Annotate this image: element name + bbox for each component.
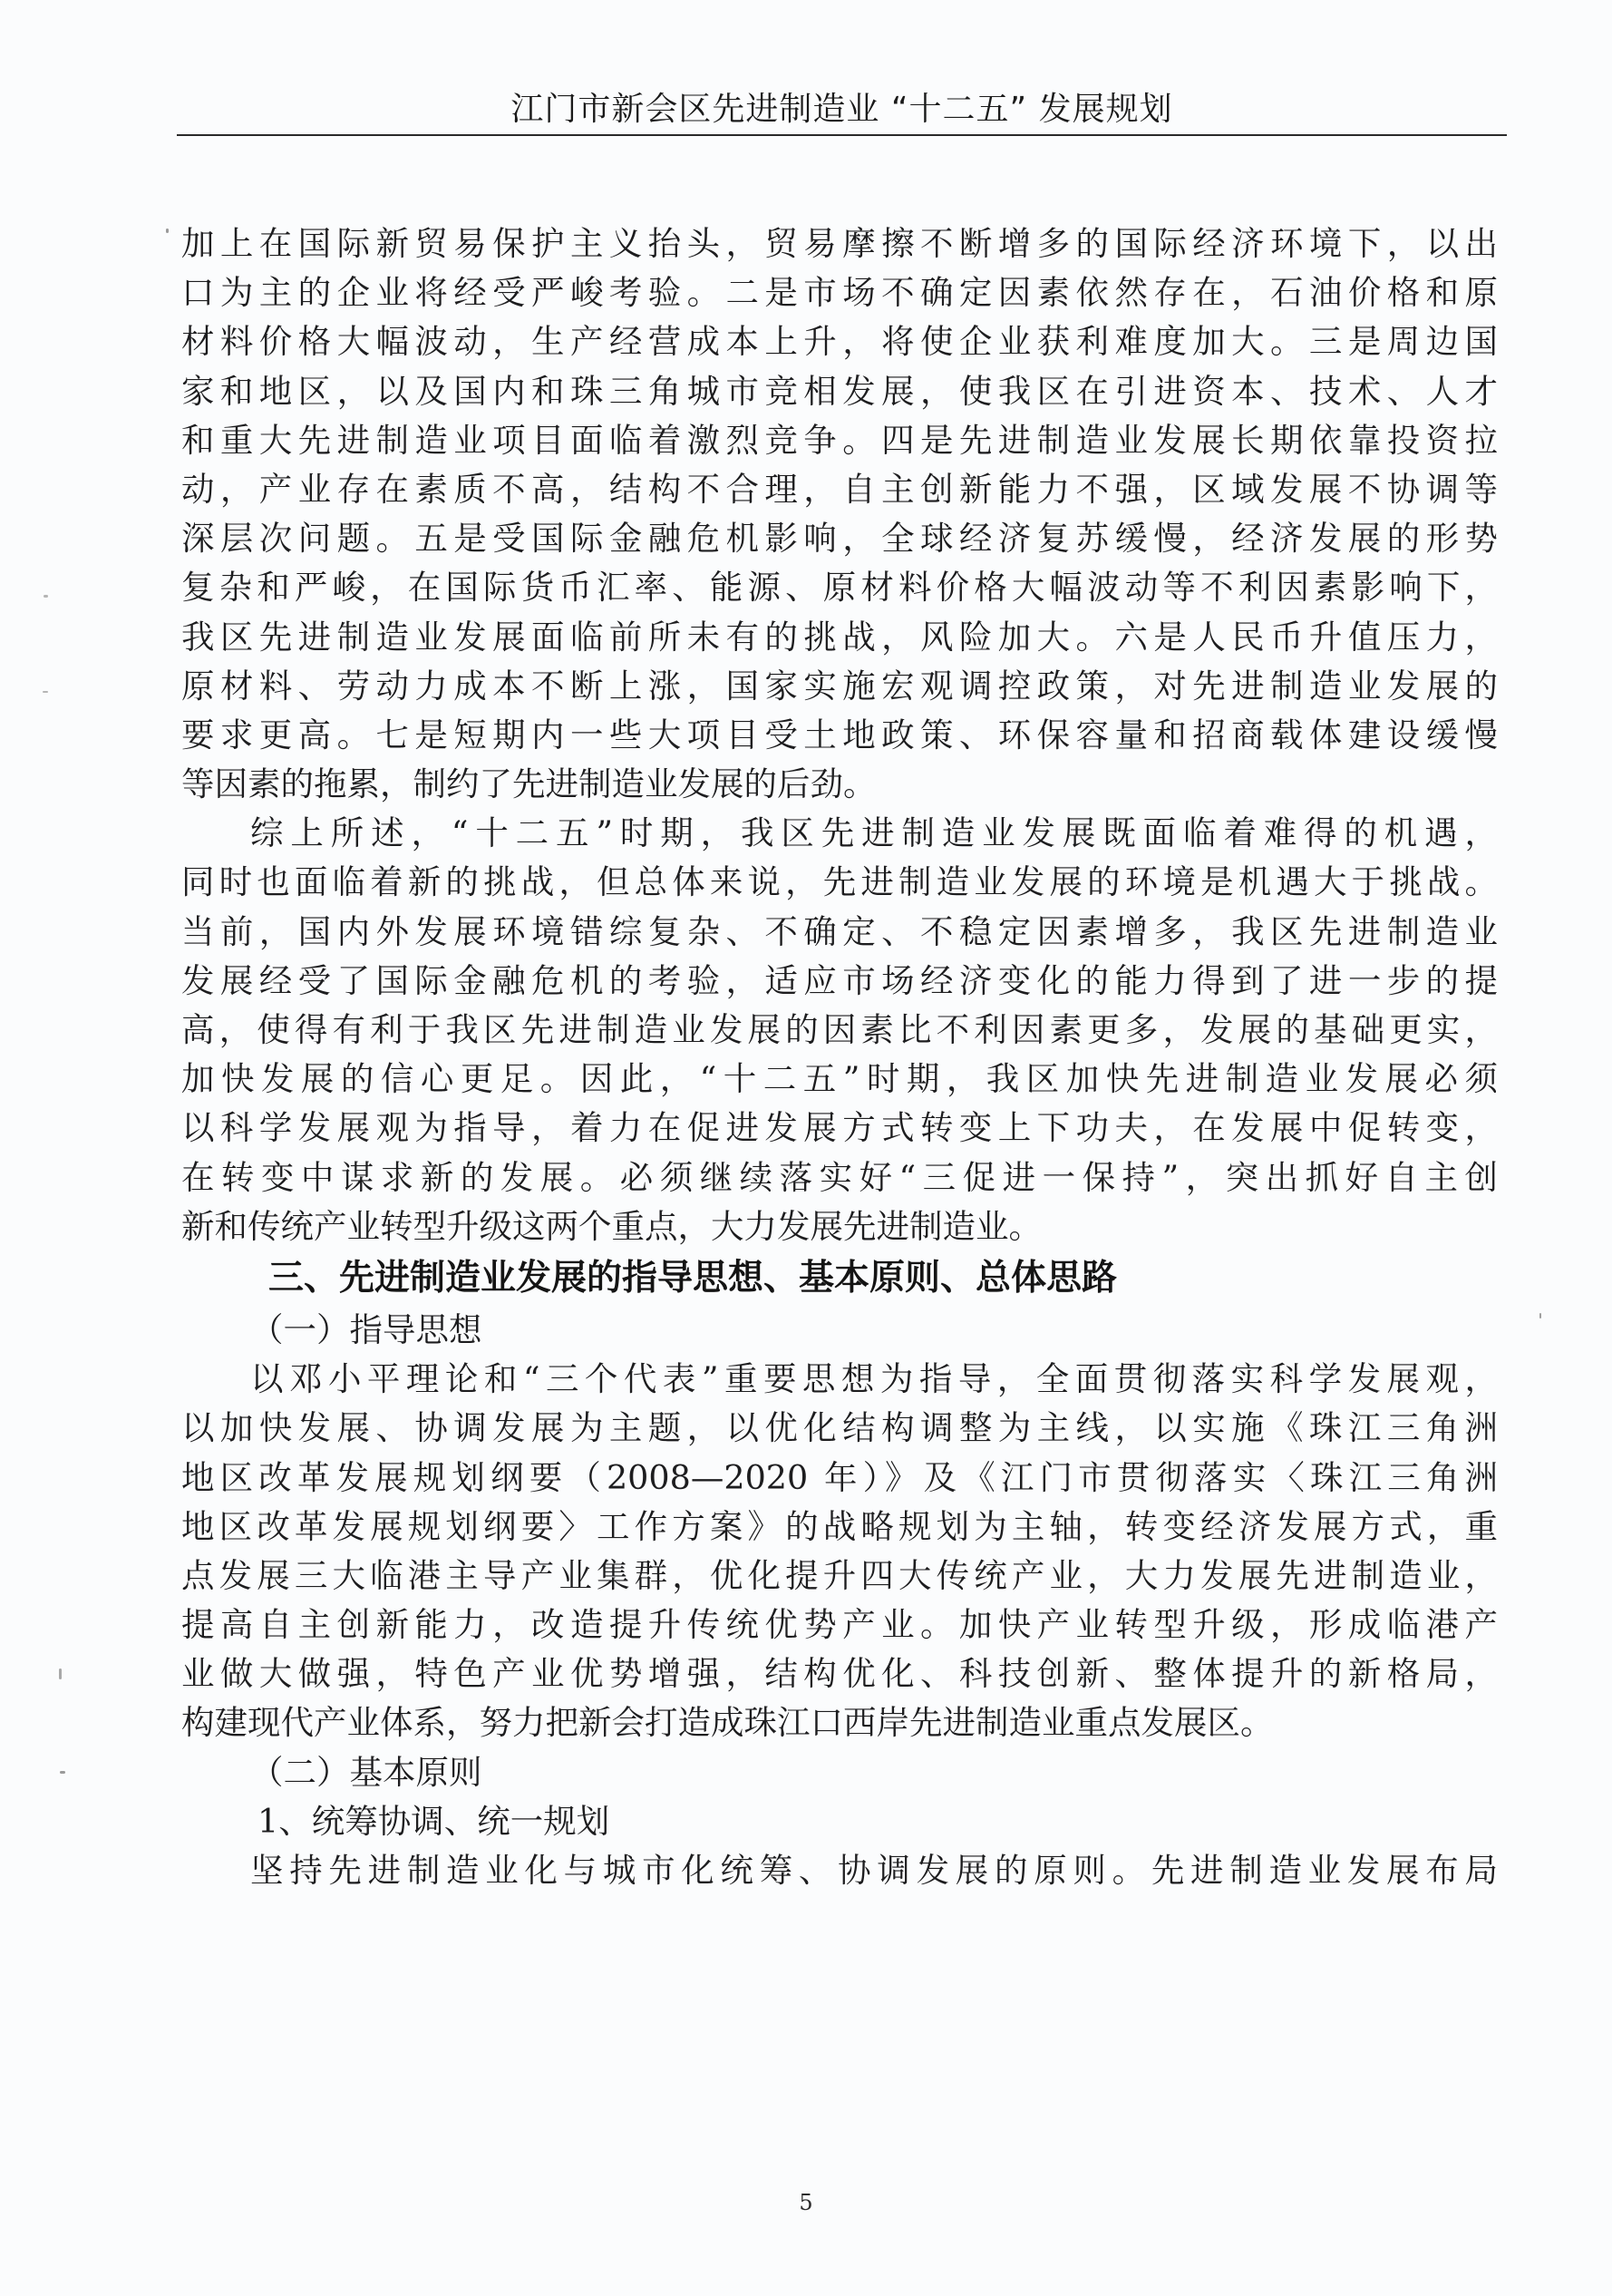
scan-speck: [1539, 1313, 1541, 1318]
text-line: 等因素的拖累，制约了先进制造业发展的后劲。: [181, 760, 1498, 809]
subsection-heading-guiding-ideology: （一）指导思想: [181, 1306, 1498, 1355]
text-line: 动，产业存在素质不高，结构不合理，自主创新能力不强，区域发展不协调等: [181, 465, 1498, 514]
running-header-title: 江门市新会区先进制造业 “十二五” 发展规划: [177, 83, 1507, 130]
text-line: 业做大做强，特色产业优势增强，结构优化、科技创新、整体提升的新格局，: [181, 1649, 1498, 1698]
text-line: 当前，国内外发展环境错综复杂、不确定、不稳定因素增多，我区先进制造业: [181, 908, 1498, 957]
text-line: 高，使得有利于我区先进制造业发展的因素比不利因素更多，发展的基础更实，: [181, 1006, 1498, 1055]
document-page: 江门市新会区先进制造业 “十二五” 发展规划 加上在国际新贸易保护主义抬头，贸易…: [0, 0, 1612, 2296]
text-line: 以科学发展观为指导，着力在促进发展方式转变上下功夫，在发展中促转变，: [181, 1104, 1498, 1153]
text-line: 地区改革发展规划纲要〉工作方案》的战略规划为主轴，转变经济发展方式，重: [181, 1503, 1498, 1552]
text-line: 要求更高。七是短期内一些大项目受土地政策、环保容量和招商载体建设缓慢: [181, 711, 1498, 760]
paragraph-guiding-ideology: 以邓小平理论和“三个代表”重要思想为指导，全面贯彻落实科学发展观， 以加快发展、…: [181, 1355, 1498, 1748]
text-line: 口为主的企业将经受严峻考验。二是市场不确定因素依然存在，石油价格和原: [181, 268, 1498, 317]
text-line: 发展经受了国际金融危机的考验，适应市场经济变化的能力得到了进一步的提: [181, 957, 1498, 1006]
paragraph-risks: 加上在国际新贸易保护主义抬头，贸易摩擦不断增多的国际经济环境下，以出 口为主的企…: [181, 219, 1498, 809]
text-line: 新和传统产业转型升级这两个重点，大力发展先进制造业。: [181, 1202, 1498, 1251]
text-line: 提高自主创新能力，改造提升传统优势产业。加快产业转型升级，形成临港产: [181, 1600, 1498, 1649]
scan-speck: [60, 1771, 65, 1774]
text-line: 和重大先进制造业项目面临着激烈竞争。四是先进制造业发展长期依靠投资拉: [181, 416, 1498, 465]
text-line: 加上在国际新贸易保护主义抬头，贸易摩擦不断增多的国际经济环境下，以出: [181, 219, 1498, 268]
text-line: 加快发展的信心更足。因此，“十二五”时期，我区加快先进制造业发展必须: [181, 1055, 1498, 1104]
text-line: 地区改革发展规划纲要（2008—2020 年）》及《江门市贯彻落实〈珠江三角洲: [181, 1454, 1498, 1503]
section-heading: 三、先进制造业发展的指导思想、基本原则、总体思路: [181, 1251, 1498, 1306]
paragraph-summary: 综上所述，“十二五”时期，我区先进制造业发展既面临着难得的机遇， 同时也面临着新…: [181, 809, 1498, 1251]
body-text: 加上在国际新贸易保护主义抬头，贸易摩擦不断增多的国际经济环境下，以出 口为主的企…: [181, 219, 1498, 1895]
item-heading-coordination: 1、统筹协调、统一规划: [181, 1797, 1498, 1846]
scan-speck: [166, 229, 169, 233]
scan-speck: [43, 691, 48, 693]
text-line: 深层次问题。五是受国际金融危机影响，全球经济复苏缓慢，经济发展的形势: [181, 514, 1498, 563]
paragraph-coordination: 坚持先进制造业化与城市化统筹、协调发展的原则。先进制造业发展布局: [181, 1846, 1498, 1895]
text-line: 复杂和严峻，在国际货币汇率、能源、原材料价格大幅波动等不利因素影响下，: [181, 563, 1498, 612]
text-line: 点发展三大临港主导产业集群，优化提升四大传统产业，大力发展先进制造业，: [181, 1552, 1498, 1600]
text-line: 在转变中谋求新的发展。必须继续落实好“三促进一保持”，突出抓好自主创: [181, 1153, 1498, 1202]
page-number: 5: [0, 2190, 1612, 2215]
header-rule: [177, 134, 1507, 136]
text-line: 坚持先进制造业化与城市化统筹、协调发展的原则。先进制造业发展布局: [181, 1846, 1498, 1895]
text-line: 综上所述，“十二五”时期，我区先进制造业发展既面临着难得的机遇，: [181, 809, 1498, 858]
scan-speck: [59, 1668, 62, 1679]
scan-speck: [44, 595, 48, 598]
text-line: 同时也面临着新的挑战，但总体来说，先进制造业发展的环境是机遇大于挑战。: [181, 858, 1498, 907]
text-line: 材料价格大幅波动，生产经营成本上升，将使企业获利难度加大。三是周边国: [181, 317, 1498, 366]
subsection-heading-basic-principles: （二）基本原则: [181, 1748, 1498, 1797]
text-line: 以邓小平理论和“三个代表”重要思想为指导，全面贯彻落实科学发展观，: [181, 1355, 1498, 1404]
text-line: 我区先进制造业发展面临前所未有的挑战，风险加大。六是人民币升值压力，: [181, 613, 1498, 662]
text-line: 构建现代产业体系，努力把新会打造成珠江口西岸先进制造业重点发展区。: [181, 1698, 1498, 1747]
text-line: 以加快发展、协调发展为主题，以优化结构调整为主线，以实施《珠江三角洲: [181, 1404, 1498, 1453]
text-line: 家和地区，以及国内和珠三角城市竞相发展，使我区在引进资本、技术、人才: [181, 367, 1498, 416]
text-line: 原材料、劳动力成本不断上涨，国家实施宏观调控政策，对先进制造业发展的: [181, 662, 1498, 711]
